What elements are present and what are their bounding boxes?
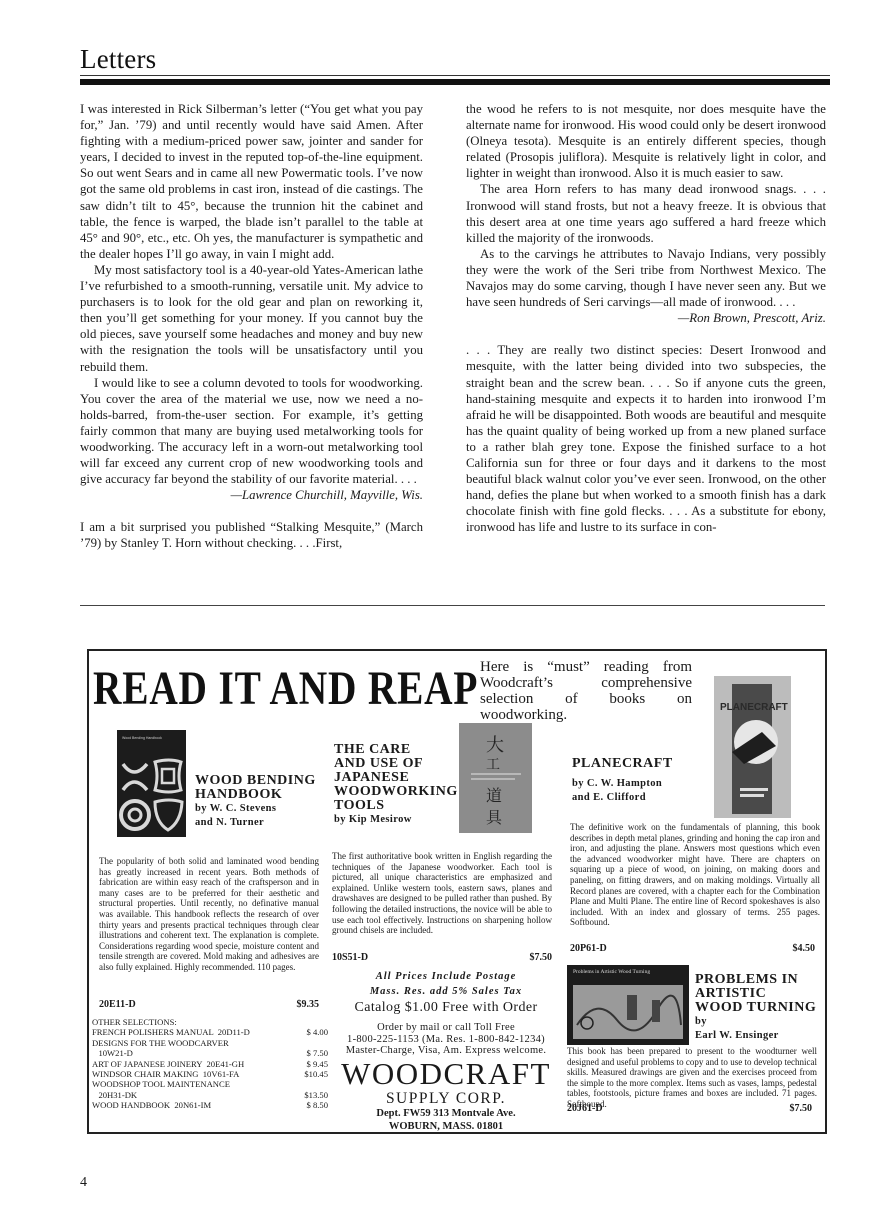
list-item: WOODSHOP TOOL MAINTENANCE bbox=[92, 1079, 328, 1089]
woodcraft-advertisement: READ IT AND REAP Here is “must” reading … bbox=[87, 649, 827, 1134]
svg-text:工: 工 bbox=[486, 757, 500, 773]
letter-paragraph: I am a bit surprised you published “Stal… bbox=[80, 519, 423, 551]
header-rule-thin bbox=[80, 75, 830, 76]
section-title: Letters bbox=[80, 44, 156, 75]
spacer bbox=[80, 503, 423, 519]
book-price: $9.35 bbox=[297, 999, 320, 1010]
book-planecraft-heading: PLANECRAFT by C. W. Hampton and E. Cliff… bbox=[572, 757, 673, 805]
mailing-address: Dept. FW59 313 Montvale Ave. bbox=[333, 1107, 559, 1120]
list-item: WINDSOR CHAIR MAKING 10V61-FA$10.45 bbox=[92, 1069, 328, 1079]
book-title: WOOD TURNING bbox=[695, 1001, 816, 1015]
other-selections-heading: OTHER SELECTIONS: bbox=[92, 1017, 328, 1027]
book-title: ARTISTIC bbox=[695, 987, 816, 1001]
book-price: $4.50 bbox=[793, 943, 816, 954]
list-item: ART OF JAPANESE JOINERY 20E41-GH$ 9.45 bbox=[92, 1059, 328, 1069]
book-price: $7.50 bbox=[530, 952, 553, 963]
letter-paragraph: I was interested in Rick Silberman’s let… bbox=[80, 101, 423, 262]
postage-note: All Prices Include Postage bbox=[333, 969, 559, 984]
letter-paragraph: My most satisfactory tool is a 40-year-o… bbox=[80, 262, 423, 375]
book-code: 20J61-D bbox=[567, 1103, 603, 1114]
page-number: 4 bbox=[80, 1175, 87, 1191]
book-author: and N. Turner bbox=[195, 816, 316, 830]
other-selections-list: OTHER SELECTIONS: FRENCH POLISHERS MANUA… bbox=[92, 1017, 328, 1111]
kanji-cover-icon: 大 工 道 具 bbox=[459, 723, 532, 833]
ordering-info: All Prices Include Postage Mass. Res. ad… bbox=[333, 969, 559, 1133]
book-author: by W. C. Stevens bbox=[195, 802, 316, 816]
letter-paragraph: the wood he refers to is not mesquite, n… bbox=[466, 101, 826, 181]
book-japanese-tools-heading: THE CARE AND USE OF JAPANESE WOODWORKING… bbox=[334, 743, 464, 827]
book-description: This book has been prepared to present t… bbox=[567, 1046, 817, 1110]
letter-signature: —Ron Brown, Prescott, Ariz. bbox=[466, 310, 826, 326]
book-title: AND USE OF bbox=[334, 757, 464, 771]
book-code: 10S51-D bbox=[332, 952, 368, 963]
spacer bbox=[466, 326, 826, 342]
book-price: $7.50 bbox=[790, 1103, 813, 1114]
book-description: The popularity of both solid and laminat… bbox=[99, 856, 319, 973]
section-divider bbox=[80, 605, 825, 606]
book-code: 20E11-D bbox=[99, 999, 136, 1010]
svg-text:Wood Bending Handbook: Wood Bending Handbook bbox=[122, 736, 162, 740]
list-item: FRENCH POLISHERS MANUAL 20D11-D$ 4.00 bbox=[92, 1027, 328, 1037]
book-order-line: 20P61-D $4.50 bbox=[570, 943, 815, 954]
mailing-city: WOBURN, MASS. 01801 bbox=[333, 1120, 559, 1133]
book-wood-turning-heading: PROBLEMS IN ARTISTIC WOOD TURNING by Ear… bbox=[695, 973, 816, 1043]
order-instructions: Order by mail or call Toll Free bbox=[333, 1022, 559, 1034]
book-code: 20P61-D bbox=[570, 943, 607, 954]
book-title: THE CARE bbox=[334, 743, 464, 757]
header-rule-thick bbox=[80, 79, 830, 85]
book-author: by C. W. Hampton bbox=[572, 777, 673, 791]
book-author: and E. Clifford bbox=[572, 791, 673, 805]
book-title: TOOLS bbox=[334, 799, 464, 813]
letter-paragraph: . . . They are really two distinct speci… bbox=[466, 342, 826, 535]
book-title: PROBLEMS IN bbox=[695, 973, 816, 987]
book-author: by Kip Mesirow bbox=[334, 813, 464, 827]
book-cover-planecraft: PLANECRAFT bbox=[714, 676, 791, 818]
svg-text:Problems in Artistic Wood Turn: Problems in Artistic Wood Turning bbox=[573, 969, 650, 975]
book-author: by bbox=[695, 1015, 816, 1029]
company-subtitle: SUPPLY CORP. bbox=[333, 1090, 559, 1107]
book-wood-bending-heading: WOOD BENDING HANDBOOK by W. C. Stevens a… bbox=[195, 774, 316, 830]
catalog-offer: Catalog $1.00 Free with Order bbox=[333, 999, 559, 1017]
svg-text:大: 大 bbox=[486, 735, 504, 756]
list-item: DESIGNS FOR THE WOODCARVER bbox=[92, 1038, 328, 1048]
ad-headline: READ IT AND REAP bbox=[93, 665, 478, 713]
bent-shapes-icon: Wood Bending Handbook bbox=[117, 730, 186, 837]
book-cover-wood-turning: Problems in Artistic Wood Turning bbox=[567, 965, 689, 1045]
book-title: PLANECRAFT bbox=[572, 757, 673, 771]
letter-paragraph: The area Horn refers to has many dead ir… bbox=[466, 181, 826, 245]
book-order-line: 20E11-D $9.35 bbox=[99, 999, 319, 1010]
book-title: WOODWORKING bbox=[334, 785, 464, 799]
hand-plane-cover-icon: PLANECRAFT bbox=[714, 676, 791, 818]
tax-note: Mass. Res. add 5% Sales Tax bbox=[333, 984, 559, 999]
woodcraft-logo: WOODCRAFT bbox=[333, 1057, 559, 1090]
letters-column-left: I was interested in Rick Silberman’s let… bbox=[80, 101, 423, 552]
svg-text:具: 具 bbox=[486, 808, 503, 827]
svg-text:PLANECRAFT: PLANECRAFT bbox=[720, 702, 788, 713]
letters-column-right: the wood he refers to is not mesquite, n… bbox=[466, 101, 826, 535]
letter-signature: —Lawrence Churchill, Mayville, Wis. bbox=[80, 487, 423, 503]
letter-paragraph: As to the carvings he attributes to Nava… bbox=[466, 246, 826, 310]
svg-text:道: 道 bbox=[486, 786, 502, 805]
ad-intro: Here is “must” reading from Woodcraft’s … bbox=[480, 659, 692, 723]
book-order-line: 20J61-D $7.50 bbox=[567, 1103, 812, 1114]
book-title: HANDBOOK bbox=[195, 788, 316, 802]
book-author: Earl W. Ensinger bbox=[695, 1029, 816, 1043]
book-cover-wood-bending: Wood Bending Handbook bbox=[117, 730, 186, 837]
book-title: WOOD BENDING bbox=[195, 774, 316, 788]
book-title: JAPANESE bbox=[334, 771, 464, 785]
book-description: The first authoritative book written in … bbox=[332, 851, 552, 936]
list-item: 20H31-DK$13.50 bbox=[92, 1090, 328, 1100]
book-description: The definitive work on the fundamentals … bbox=[570, 822, 820, 928]
list-item: WOOD HANDBOOK 20N61-IM$ 8.50 bbox=[92, 1100, 328, 1110]
book-cover-japanese-tools: 大 工 道 具 bbox=[459, 723, 532, 833]
phone-numbers: 1-800-225-1153 (Ma. Res. 1-800-842-1234) bbox=[333, 1034, 559, 1046]
book-order-line: 10S51-D $7.50 bbox=[332, 952, 552, 963]
letter-paragraph: I would like to see a column devoted to … bbox=[80, 375, 423, 488]
list-item: 10W21-D$ 7.50 bbox=[92, 1048, 328, 1058]
workshop-illustration-icon: Problems in Artistic Wood Turning bbox=[567, 965, 689, 1045]
